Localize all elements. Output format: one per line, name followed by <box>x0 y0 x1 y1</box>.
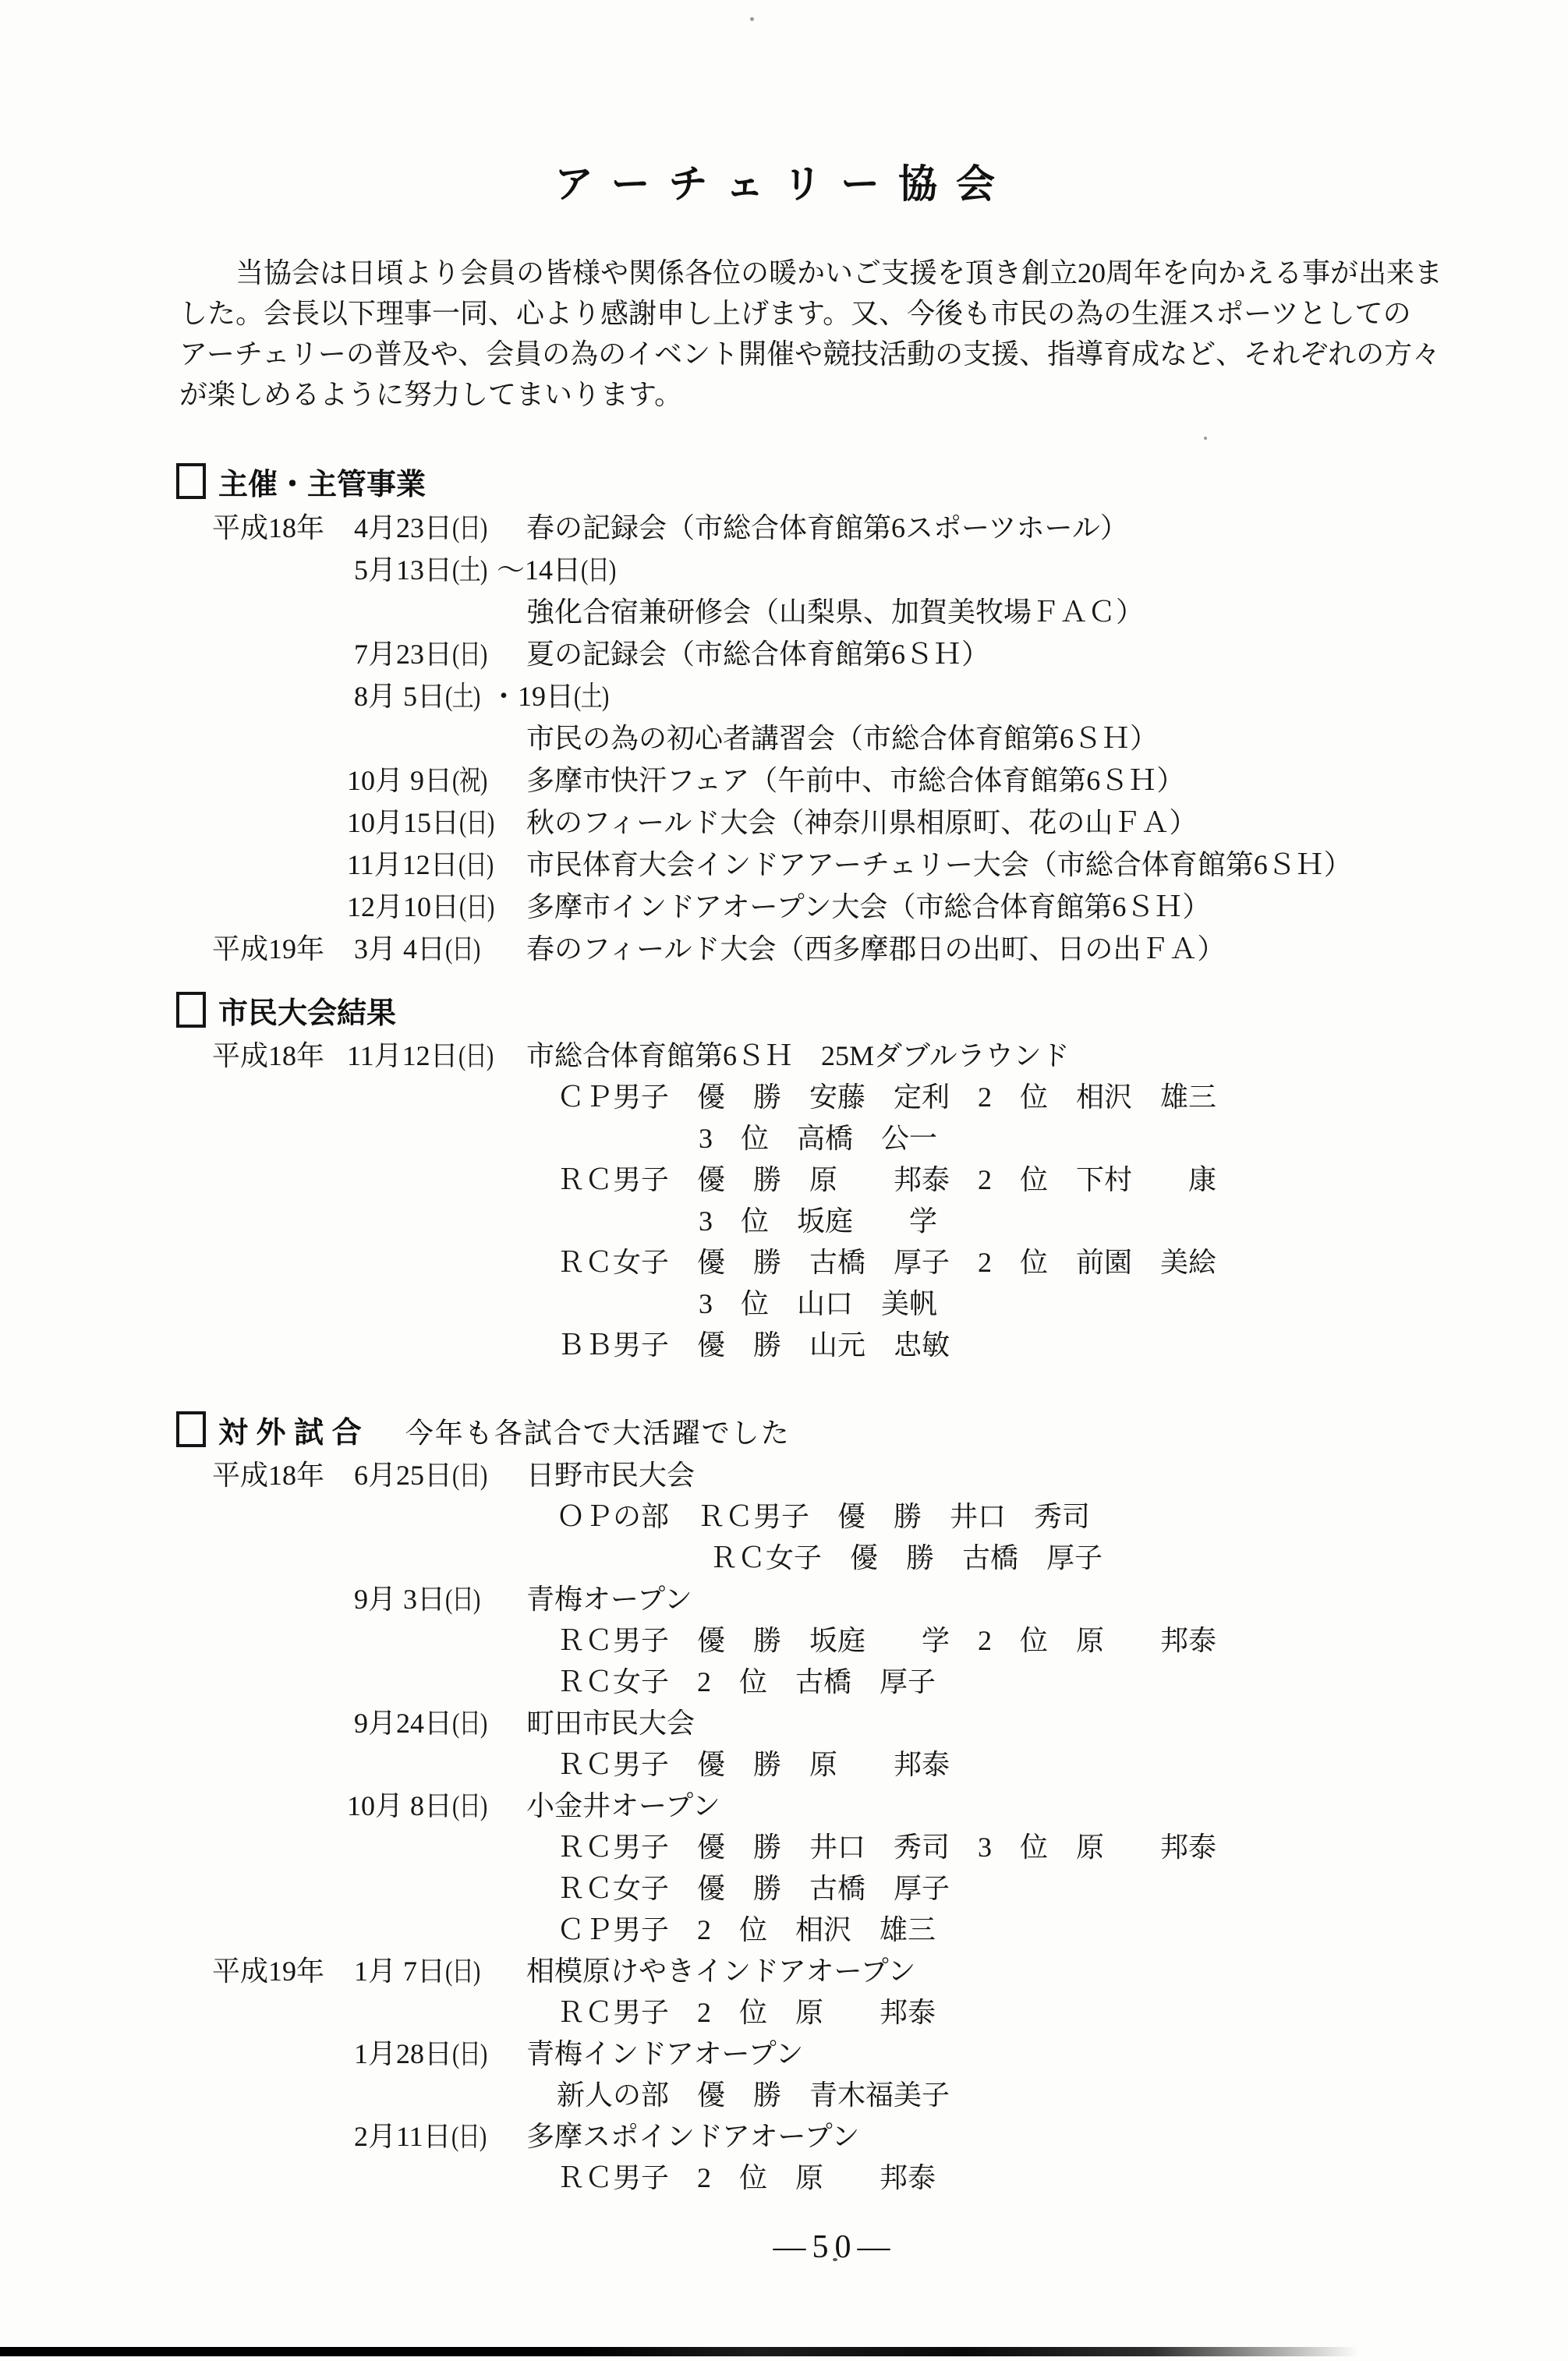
result-text: ＢＢ男子 優 勝 山元 忠敏 <box>557 1329 950 1361</box>
weekday-mark: (日) <box>452 2034 487 2075</box>
event-text: 町田市民大会 <box>526 1708 695 1739</box>
section-heading: 対 外 試 合今年も各試合で大活躍でした <box>0 1411 1568 1455</box>
event-text: 青梅インドアオープン <box>526 2038 803 2069</box>
event-text: 相模原けやきインドアオープン <box>526 1956 915 1987</box>
event-row: 平成18年11月12日(日)市総合体育館第6ＳＨ 25Mダブルラウンド <box>0 1035 1568 1077</box>
result-text: 新人の部 優 勝 青木福美子 <box>557 2080 950 2111</box>
result-row: ＲＣ男子 2 位 原 邦泰 <box>0 2157 1568 2199</box>
era-year: 平成19年 <box>212 928 347 970</box>
weekday-mark: (日) <box>581 549 615 591</box>
event-row: 強化合宿兼研修会（山梨県、加賀美牧場ＦＡＣ） <box>0 591 1568 633</box>
event-row: 平成19年 3月 4日(日)春のフィールド大会（西多摩郡日の出町、日の出ＦＡ） <box>0 928 1568 970</box>
weekday-mark: (土) <box>574 675 608 717</box>
result-text: 強化合宿兼研修会（山梨県、加賀美牧場ＦＡＣ） <box>526 596 1144 628</box>
event-row: 10月 9日(祝)多摩市快汗フェア（午前中、市総合体育館第6ＳＨ） <box>0 759 1568 802</box>
page-number: —50— <box>0 2228 1568 2266</box>
event-date: 5月13日(土)～14日(日) <box>347 549 526 591</box>
result-text: ＲＣ女子 優 勝 古橋 厚子 <box>557 1873 950 1904</box>
section-checkbox-icon <box>176 1411 206 1447</box>
result-row: 新人の部 優 勝 青木福美子 <box>0 2075 1568 2116</box>
event-date: 11月12日(日) <box>347 844 526 886</box>
era-year: 平成18年 <box>212 1455 347 1496</box>
weekday-mark: (日) <box>458 844 493 886</box>
scan-noise-dot <box>1204 437 1207 440</box>
weekday-mark: (日) <box>445 928 480 970</box>
weekday-mark: (日) <box>445 1951 480 1992</box>
result-row: ＲＣ男子 優 勝 原 邦泰 <box>0 1744 1568 1786</box>
event-text: 春のフィールド大会（西多摩郡日の出町、日の出ＦＡ） <box>526 933 1225 965</box>
weekday-mark: (日) <box>459 886 494 928</box>
page-title: アーチェリー協会 <box>0 153 1568 209</box>
section-heading-label: 市民大会結果 <box>218 997 396 1030</box>
result-row: 3 位 山口 美帆 <box>0 1283 1568 1325</box>
section-heading: 市民大会結果 <box>0 992 1568 1035</box>
weekday-mark: (日) <box>452 1703 487 1744</box>
result-text: ＲＣ女子 優 勝 古橋 厚子 <box>710 1542 1103 1573</box>
section-checkbox-icon <box>176 463 206 499</box>
event-date: 8月 5日(土)・19日(土) <box>347 675 526 717</box>
result-text: 3 位 坂庭 学 <box>699 1205 937 1237</box>
result-row: ＣＰ男子 優 勝 安藤 定利 2 位 相沢 雄三 <box>0 1077 1568 1118</box>
result-text: 3 位 山口 美帆 <box>699 1288 937 1319</box>
event-row: 10月 8日(日)小金井オープン <box>0 1786 1568 1827</box>
event-text: 多摩スポインドアオープン <box>526 2121 859 2152</box>
weekday-mark: (日) <box>452 1455 487 1496</box>
event-date: 9月 3日(日) <box>347 1579 526 1620</box>
event-date: 10月 9日(祝) <box>347 759 526 802</box>
event-row: 1月28日(日)青梅インドアオープン <box>0 2034 1568 2075</box>
result-row: ＲＣ男子 2 位 原 邦泰 <box>0 1992 1568 2034</box>
weekday-mark: (土) <box>445 675 480 717</box>
result-row: ＲＣ男子 優 勝 井口 秀司 3 位 原 邦泰 <box>0 1827 1568 1868</box>
section-hosted-events: 主催・主管事業 平成18年 4月23日(日)春の記録会（市総合体育館第6スポーツ… <box>0 463 1568 970</box>
event-text: 日野市民大会 <box>526 1460 695 1491</box>
weekday-mark: (日) <box>452 1786 487 1827</box>
result-row: ＣＰ男子 2 位 相沢 雄三 <box>0 1910 1568 1951</box>
event-text: 市民体育大会インドアアーチェリー大会（市総合体育館第6ＳＨ） <box>526 849 1352 880</box>
event-date: 3月 4日(日) <box>347 928 526 970</box>
result-row: 3 位 坂庭 学 <box>0 1201 1568 1242</box>
result-text: ＲＣ女子 優 勝 古橋 厚子 2 位 前園 美絵 <box>557 1247 1216 1278</box>
event-date: 1月28日(日) <box>347 2034 526 2075</box>
event-row: 市民の為の初心者講習会（市総合体育館第6ＳＨ） <box>0 717 1568 759</box>
event-text: 青梅オープン <box>526 1584 692 1615</box>
event-date: 10月 8日(日) <box>347 1786 526 1827</box>
result-row: 3 位 高橋 公一 <box>0 1118 1568 1159</box>
result-row: ＲＣ女子 優 勝 古橋 厚子 <box>0 1868 1568 1910</box>
event-row: 10月15日(日)秋のフィールド大会（神奈川県相原町、花の山ＦＡ） <box>0 802 1568 844</box>
event-date: 2月11日(日) <box>347 2116 526 2157</box>
section-city-meet-results: 市民大会結果 平成18年11月12日(日)市総合体育館第6ＳＨ 25Mダブルラウ… <box>0 992 1568 1366</box>
result-row: ＲＣ女子 優 勝 古橋 厚子 <box>0 1538 1568 1579</box>
era-year: 平成19年 <box>212 1951 347 1992</box>
event-text: 秋のフィールド大会（神奈川県相原町、花の山ＦＡ） <box>526 807 1197 838</box>
weekday-mark: (日) <box>458 1035 493 1077</box>
weekday-mark: (日) <box>452 507 487 549</box>
era-year: 平成18年 <box>212 1035 347 1077</box>
result-text: 市民の為の初心者講習会（市総合体育館第6ＳＨ） <box>526 723 1158 754</box>
result-row: ＯＰの部 ＲＣ男子 優 勝 井口 秀司 <box>0 1496 1568 1538</box>
event-row: 7月23日(日)夏の記録会（市総合体育館第6ＳＨ） <box>0 633 1568 675</box>
weekday-mark: (土) <box>452 549 487 591</box>
result-row: ＲＣ男子 優 勝 原 邦泰 2 位 下村 康 <box>0 1159 1568 1201</box>
result-row: ＲＣ女子 2 位 古橋 厚子 <box>0 1662 1568 1703</box>
event-text: 市総合体育館第6ＳＨ 25Mダブルラウンド <box>526 1040 1070 1071</box>
result-row: ＲＣ男子 優 勝 坂庭 学 2 位 原 邦泰 <box>0 1620 1568 1662</box>
event-date: 4月23日(日) <box>347 507 526 549</box>
result-rows: 平成18年11月12日(日)市総合体育館第6ＳＨ 25MダブルラウンドＣＰ男子 … <box>0 1035 1568 1366</box>
section-heading-label: 主催・主管事業 <box>218 469 426 501</box>
result-text: ＯＰの部 ＲＣ男子 優 勝 井口 秀司 <box>557 1501 1090 1532</box>
event-date: 10月15日(日) <box>347 802 526 844</box>
scan-edge-artifact <box>0 2347 1372 2356</box>
event-date: 11月12日(日) <box>347 1035 526 1077</box>
intro-line: が楽しめるように努力してまいります。 <box>179 374 1505 415</box>
event-row: 平成18年 4月23日(日)春の記録会（市総合体育館第6スポーツホール） <box>0 507 1568 549</box>
intro-line: した。会長以下理事一同、心より感謝申し上げます。又、今後も市民の為の生涯スポーツ… <box>179 293 1505 334</box>
intro-line: アーチェリーの普及や、会員の為のイベント開催や競技活動の支援、指導育成など、それ… <box>179 334 1505 374</box>
event-text: 多摩市快汗フェア（午前中、市総合体育館第6ＳＨ） <box>526 765 1184 796</box>
event-date: 9月24日(日) <box>347 1703 526 1744</box>
result-text: ＲＣ男子 優 勝 原 邦泰 2 位 下村 康 <box>557 1164 1216 1195</box>
weekday-mark: (祝) <box>452 759 487 802</box>
result-row: ＢＢ男子 優 勝 山元 忠敏 <box>0 1325 1568 1366</box>
result-text: ＣＰ男子 2 位 相沢 雄三 <box>557 1914 936 1945</box>
section-heading: 主催・主管事業 <box>0 463 1568 507</box>
event-row: 11月12日(日)市民体育大会インドアアーチェリー大会（市総合体育館第6ＳＨ） <box>0 844 1568 886</box>
weekday-mark: (日) <box>459 802 494 844</box>
result-row: ＲＣ女子 優 勝 古橋 厚子 2 位 前園 美絵 <box>0 1242 1568 1283</box>
event-text: 小金井オープン <box>526 1790 720 1821</box>
section-checkbox-icon <box>176 992 206 1028</box>
weekday-mark: (日) <box>452 633 487 675</box>
event-text: 春の記録会（市総合体育館第6スポーツホール） <box>526 512 1128 543</box>
event-row: 9月 3日(日)青梅オープン <box>0 1579 1568 1620</box>
result-text: ＲＣ女子 2 位 古橋 厚子 <box>557 1666 936 1697</box>
scan-noise-dot <box>833 2258 837 2261</box>
weekday-mark: (日) <box>451 2116 486 2157</box>
event-rows: 平成18年 4月23日(日)春の記録会（市総合体育館第6スポーツホール） 5月1… <box>0 507 1568 970</box>
section-heading-label: 対 外 試 合 <box>218 1417 362 1450</box>
scan-noise-dot <box>750 17 754 21</box>
event-date: 12月10日(日) <box>347 886 526 928</box>
event-date: 7月23日(日) <box>347 633 526 675</box>
event-row: 5月13日(土)～14日(日) <box>0 549 1568 591</box>
section-note: 今年も各試合で大活躍でした <box>405 1418 791 1449</box>
result-text: ＲＣ男子 優 勝 原 邦泰 <box>557 1749 950 1780</box>
event-row: 2月11日(日)多摩スポインドアオープン <box>0 2116 1568 2157</box>
intro-paragraph: 当協会は日頃より会員の皆様や関係各位の暖かいご支援を頂き創立20周年を向かえる事… <box>179 253 1505 415</box>
match-rows: 平成18年 6月25日(日)日野市民大会ＯＰの部 ＲＣ男子 優 勝 井口 秀司Ｒ… <box>0 1455 1568 2199</box>
event-date: 6月25日(日) <box>347 1455 526 1496</box>
intro-line: 当協会は日頃より会員の皆様や関係各位の暖かいご支援を頂き創立20周年を向かえる事… <box>179 253 1505 293</box>
event-row: 平成18年 6月25日(日)日野市民大会 <box>0 1455 1568 1496</box>
event-text: 夏の記録会（市総合体育館第6ＳＨ） <box>526 639 989 670</box>
event-row: 8月 5日(土)・19日(土) <box>0 675 1568 717</box>
result-text: ＲＣ男子 優 勝 坂庭 学 2 位 原 邦泰 <box>557 1625 1216 1656</box>
result-text: ＲＣ男子 優 勝 井口 秀司 3 位 原 邦泰 <box>557 1832 1216 1863</box>
event-text: 多摩市インドアオープン大会（市総合体育館第6ＳＨ） <box>526 891 1210 922</box>
document-page: アーチェリー協会 当協会は日頃より会員の皆様や関係各位の暖かいご支援を頂き創立2… <box>0 0 1568 2361</box>
event-row: 9月24日(日)町田市民大会 <box>0 1703 1568 1744</box>
era-year: 平成18年 <box>212 507 347 549</box>
result-text: ＲＣ男子 2 位 原 邦泰 <box>557 2162 936 2193</box>
event-row: 12月10日(日)多摩市インドアオープン大会（市総合体育館第6ＳＨ） <box>0 886 1568 928</box>
weekday-mark: (日) <box>445 1579 480 1620</box>
event-date: 1月 7日(日) <box>347 1951 526 1992</box>
result-text: ＣＰ男子 優 勝 安藤 定利 2 位 相沢 雄三 <box>557 1081 1216 1113</box>
result-text: ＲＣ男子 2 位 原 邦泰 <box>557 1997 936 2028</box>
event-row: 平成19年 1月 7日(日)相模原けやきインドアオープン <box>0 1951 1568 1992</box>
section-external-matches: 対 外 試 合今年も各試合で大活躍でした 平成18年 6月25日(日)日野市民大… <box>0 1411 1568 2199</box>
result-text: 3 位 高橋 公一 <box>699 1123 937 1154</box>
